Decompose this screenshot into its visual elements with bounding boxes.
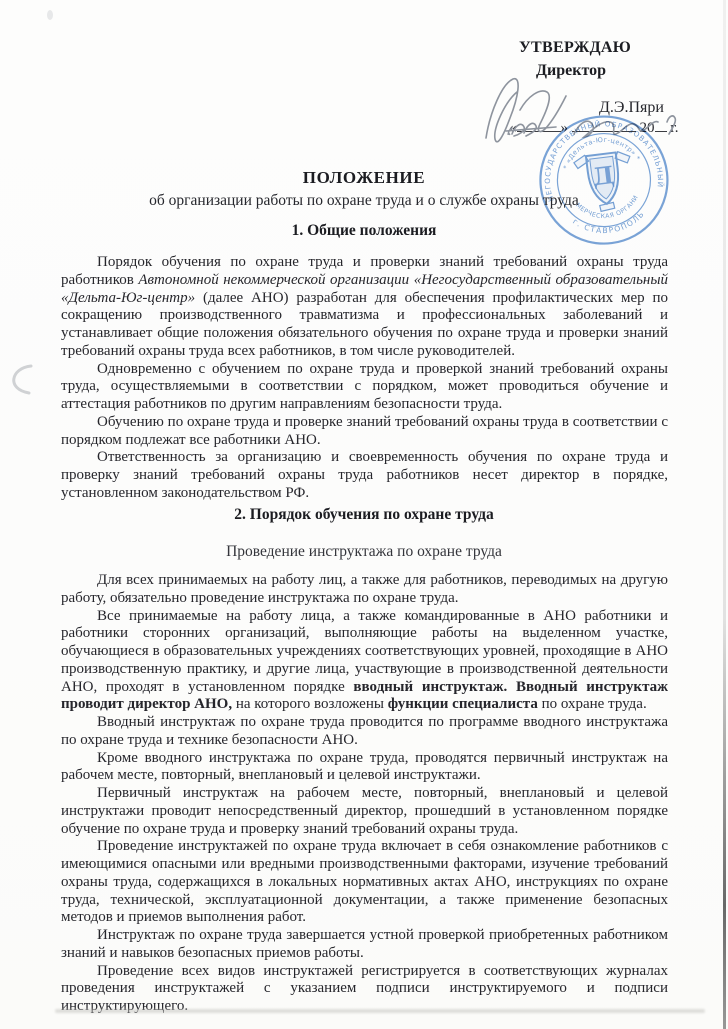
- paragraph: Инструктаж по охране труда завершается у…: [61, 927, 668, 963]
- scan-artifact: [47, 10, 53, 20]
- paragraph-text: [507, 679, 516, 695]
- section-1-body: Порядок обучения по охране труда и прове…: [61, 254, 668, 503]
- paragraph-text: вводный инструктаж.: [353, 679, 507, 695]
- paragraph-text: Одновременно с обучением по охране труда…: [61, 361, 668, 413]
- date-year-suffix: г.: [670, 120, 678, 136]
- paragraph-text: Инструктаж по охране труда завершается у…: [61, 927, 668, 961]
- scan-artifact: [1, 362, 37, 398]
- document-page: УТВЕРЖДАЮ Директор Д.Э.Пяри «» 20 г.: [0, 0, 728, 1029]
- scan-edge-bottom: [55, 1009, 705, 1013]
- paragraph-text: функции специалиста: [388, 696, 538, 712]
- paragraph-text: Для всех принимаемых на работу лиц, а та…: [61, 572, 668, 606]
- paragraph: Все принимаемые на работу лица, а также …: [61, 608, 668, 715]
- paragraph-text: Первичный инструктаж на рабочем месте, п…: [61, 785, 668, 837]
- scan-edge-right: [723, 0, 726, 1029]
- paragraph: Ответственность за организацию и своевре…: [61, 449, 668, 502]
- paragraph-text: Кроме вводного инструктажа по охране тру…: [61, 750, 668, 784]
- paragraph-text: по охране труда.: [538, 696, 647, 712]
- paragraph: Проведение всех видов инструктажей регис…: [61, 963, 668, 1016]
- date-open-quote: «: [509, 120, 517, 136]
- section-2-body: Для всех принимаемых на работу лиц, а та…: [61, 572, 668, 1016]
- paragraph: Вводный инструктаж по охране труда прово…: [61, 714, 668, 750]
- paragraph: Проведение инструктажей по охране труда …: [61, 838, 668, 927]
- section-2-heading: 2. Порядок обучения по охране труда: [0, 506, 728, 524]
- document-title: ПОЛОЖЕНИЕ: [0, 168, 728, 188]
- paragraph-text: на которого возложены: [232, 696, 388, 712]
- paragraph-text: Ответственность за организацию и своевре…: [61, 449, 668, 501]
- paragraph: Для всех принимаемых на работу лиц, а та…: [61, 572, 668, 608]
- paragraph: Первичный инструктаж на рабочем месте, п…: [61, 785, 668, 838]
- approve-label: УТВЕРЖДАЮ: [519, 39, 619, 57]
- document-subtitle: об организации работы по охране труда и …: [0, 192, 728, 210]
- paragraph-text: Обучению по охране труда и проверке знан…: [61, 414, 668, 448]
- paragraph-text: Вводный инструктаж по охране труда прово…: [61, 714, 668, 748]
- paragraph: Порядок обучения по охране труда и прове…: [61, 254, 668, 361]
- approve-role: Директор: [536, 62, 616, 80]
- section-2-subheading: Проведение инструктажа по охране труда: [0, 543, 728, 561]
- paragraph-text: Проведение всех видов инструктажей регис…: [61, 963, 668, 1015]
- section-1-heading: 1. Общие положения: [0, 222, 728, 240]
- paragraph-text: Проведение инструктажей по охране труда …: [61, 838, 668, 925]
- paragraph: Одновременно с обучением по охране труда…: [61, 361, 668, 414]
- paragraph: Кроме вводного инструктажа по охране тру…: [61, 750, 668, 786]
- paragraph: Обучению по охране труда и проверке знан…: [61, 414, 668, 450]
